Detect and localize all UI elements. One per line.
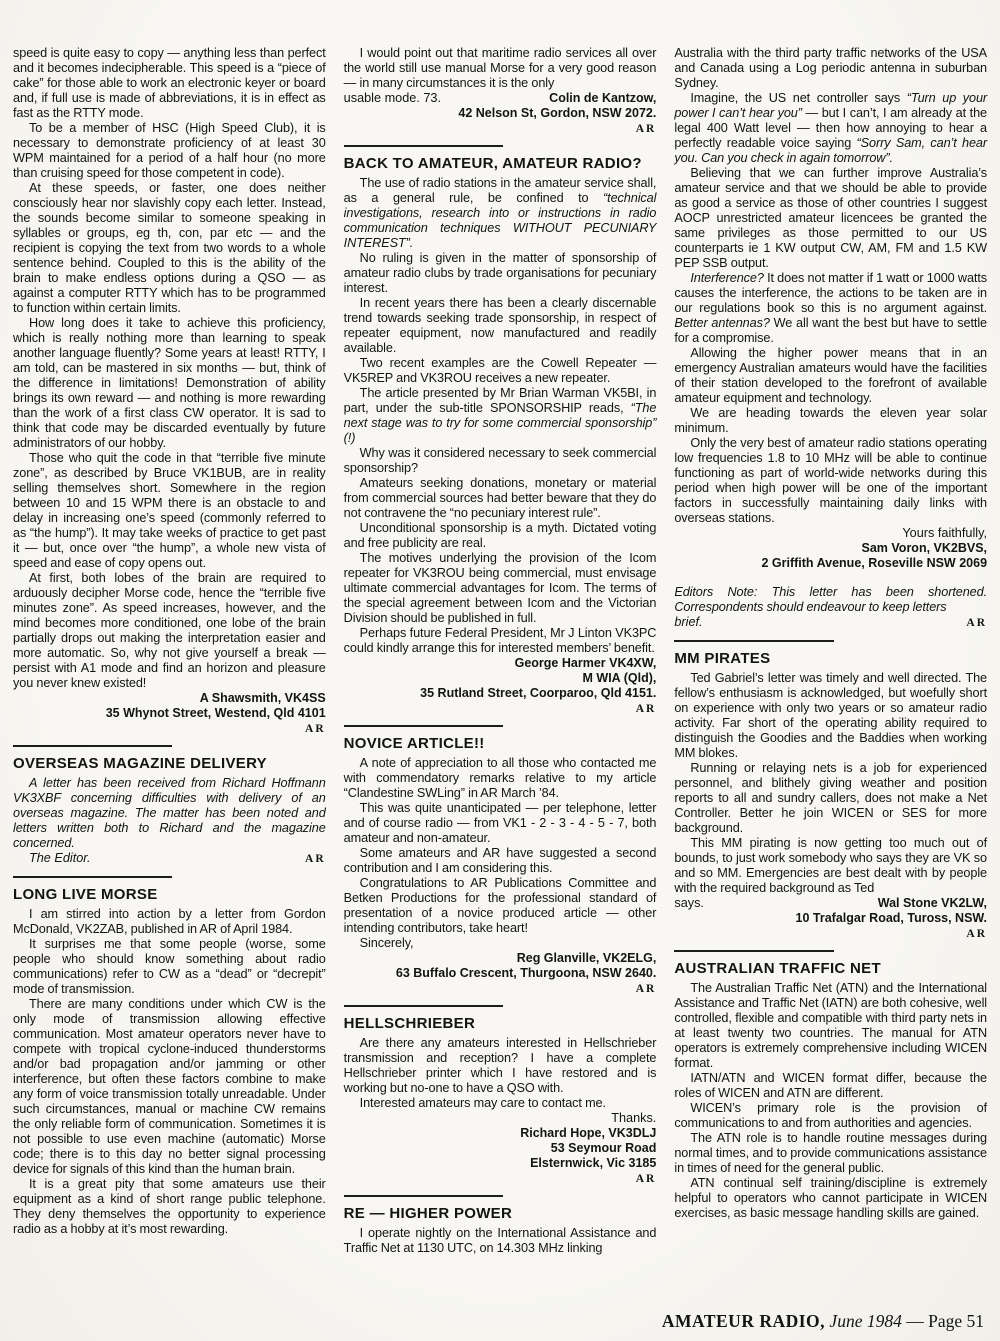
body-paragraph: It is a great pity that some amateurs us… <box>13 1177 326 1237</box>
signature-line: 10 Trafalgar Road, Tuross, NSW. <box>674 911 987 926</box>
split-line: brief.AR <box>674 615 987 631</box>
section-heading: RE — HIGHER POWER <box>344 1205 657 1223</box>
body-paragraph: ATN continual self training/discipline i… <box>674 1176 987 1221</box>
signature-line: Reg Glanville, VK2ELG, <box>344 951 657 966</box>
column-3: Australia with the third party traffic n… <box>674 46 987 1341</box>
ar-end-mark: AR <box>966 616 987 631</box>
body-paragraph: There are many conditions under which CW… <box>13 997 326 1177</box>
section-heading: AUSTRALIAN TRAFFIC NET <box>674 960 987 978</box>
section-divider <box>674 640 833 642</box>
split-left-text: brief. <box>674 615 702 630</box>
ar-end-mark: AR <box>344 702 657 716</box>
body-paragraph: Australia with the third party traffic n… <box>674 46 987 91</box>
body-paragraph: Congratulations to AR Publications Commi… <box>344 876 657 936</box>
section-divider <box>674 950 833 952</box>
text-run: Imagine, the US net controller says <box>690 91 906 105</box>
body-paragraph: Interested amateurs may care to contact … <box>344 1096 657 1111</box>
body-paragraph: I would point out that maritime radio se… <box>344 46 657 91</box>
split-line: says.Wal Stone VK2LW, <box>674 896 987 911</box>
footer-page-number: — Page 51 <box>906 1311 984 1331</box>
editorial-note-paragraph: A letter has been received from Richard … <box>13 776 326 851</box>
signature-block: Sam Voron, VK2BVS,2 Griffith Avenue, Ros… <box>674 541 987 571</box>
body-paragraph: The motives underlying the provision of … <box>344 551 657 626</box>
body-paragraph: Believing that we can further improve Au… <box>674 166 987 271</box>
ar-end-mark: AR <box>13 722 326 736</box>
body-paragraph: Perhaps future Federal President, Mr J L… <box>344 626 657 656</box>
magazine-page: speed is quite easy to copy — anything l… <box>0 0 1000 1341</box>
page-footer: AMATEUR RADIO, June 1984 — Page 51 <box>662 1311 984 1331</box>
body-paragraph: Allowing the higher power means that in … <box>674 346 987 406</box>
vertical-spacer <box>674 571 987 585</box>
body-paragraph: Running or relaying nets is a job for ex… <box>674 761 987 836</box>
signature-line: Wal Stone VK2LW, <box>878 896 987 911</box>
signature-line: 2 Griffith Avenue, Roseville NSW 2069 <box>674 556 987 571</box>
body-paragraph: Ted Gabriel’s letter was timely and well… <box>674 671 987 761</box>
body-paragraph: To be a member of HSC (High Speed Club),… <box>13 121 326 181</box>
signature-block: Richard Hope, VK3DLJ53 Seymour RoadElste… <box>344 1126 657 1171</box>
body-paragraph: We are heading towards the eleven year s… <box>674 406 987 436</box>
split-line: The Editor.AR <box>13 851 326 867</box>
column-2: I would point out that maritime radio se… <box>344 46 657 1341</box>
ar-end-mark: AR <box>305 852 326 867</box>
footer-issue: June 1984 <box>825 1311 906 1331</box>
editorial-note-paragraph: Editors Note: This letter has been short… <box>674 585 987 615</box>
signature-line: 35 Rutland Street, Coorparoo, Qld 4151. <box>344 686 657 701</box>
signature-line: A Shawsmith, VK4SS <box>13 691 326 706</box>
body-paragraph: In recent years there has been a clearly… <box>344 296 657 356</box>
split-line: usable mode. 73.Colin de Kantzow, <box>344 91 657 106</box>
body-paragraph: I am stirred into action by a letter fro… <box>13 907 326 937</box>
ar-end-mark: AR <box>344 982 657 996</box>
body-paragraph: The ATN role is to handle routine messag… <box>674 1131 987 1176</box>
section-divider <box>344 145 503 147</box>
section-divider <box>13 876 172 878</box>
ar-end-mark: AR <box>344 1172 657 1186</box>
body-paragraph: Some amateurs and AR have suggested a se… <box>344 846 657 876</box>
body-paragraph: This MM pirating is now getting too much… <box>674 836 987 896</box>
signature-line: 63 Buffalo Crescent, Thurgoona, NSW 2640… <box>344 966 657 981</box>
closing-line: Yours faithfully, <box>674 526 987 541</box>
section-heading: BACK TO AMATEUR, AMATEUR RADIO? <box>344 155 657 173</box>
body-paragraph: Interference? It does not matter if 1 wa… <box>674 271 987 346</box>
signature-block: A Shawsmith, VK4SS35 Whynot Street, West… <box>13 691 326 721</box>
signature-line: Richard Hope, VK3DLJ <box>344 1126 657 1141</box>
closing-line: Thanks. <box>344 1111 657 1126</box>
signature-line: 42 Nelson St, Gordon, NSW 2072. <box>344 106 657 121</box>
body-paragraph: Unconditional sponsorship is a myth. Dic… <box>344 521 657 551</box>
body-paragraph: Only the very best of amateur radio stat… <box>674 436 987 526</box>
ar-end-mark: AR <box>674 927 987 941</box>
footer-magazine-title: AMATEUR RADIO, <box>662 1311 825 1331</box>
section-heading: OVERSEAS MAGAZINE DELIVERY <box>13 755 326 773</box>
section-heading: MM PIRATES <box>674 650 987 668</box>
signature-line: 35 Whynot Street, Westend, Qld 4101 <box>13 706 326 721</box>
section-divider <box>344 725 503 727</box>
italic-text-run: Better antennas? <box>674 316 769 330</box>
signature-block: Reg Glanville, VK2ELG,63 Buffalo Crescen… <box>344 951 657 981</box>
body-paragraph: speed is quite easy to copy — anything l… <box>13 46 326 121</box>
body-paragraph: Sincerely, <box>344 936 657 951</box>
body-paragraph: Are there any amateurs interested in Hel… <box>344 1036 657 1096</box>
italic-text-run: Interference? <box>690 271 763 285</box>
body-paragraph: How long does it take to achieve this pr… <box>13 316 326 451</box>
section-divider <box>13 745 172 747</box>
signature-line: 53 Seymour Road <box>344 1141 657 1156</box>
body-paragraph: It surprises me that some people (worse,… <box>13 937 326 997</box>
body-paragraph: At these speeds, or faster, one does nei… <box>13 181 326 316</box>
ar-end-mark: AR <box>344 122 657 136</box>
body-paragraph: IATN/ATN and WICEN format differ, becaus… <box>674 1071 987 1101</box>
signature-block: 42 Nelson St, Gordon, NSW 2072. <box>344 106 657 121</box>
signature-line: Colin de Kantzow, <box>549 91 656 106</box>
split-left-text: says. <box>674 896 704 911</box>
body-paragraph: Why was it considered necessary to seek … <box>344 446 657 476</box>
section-heading: HELLSCHRIEBER <box>344 1015 657 1033</box>
signature-line: Elsternwick, Vic 3185 <box>344 1156 657 1171</box>
body-paragraph: Imagine, the US net controller says “Tur… <box>674 91 987 166</box>
section-divider <box>344 1195 503 1197</box>
body-paragraph: The Australian Traffic Net (ATN) and the… <box>674 981 987 1071</box>
body-paragraph: Those who quit the code in that “terribl… <box>13 451 326 571</box>
section-divider <box>344 1005 503 1007</box>
signature-line: George Harmer VK4XW, <box>344 656 657 671</box>
section-heading: NOVICE ARTICLE!! <box>344 735 657 753</box>
body-paragraph: This was quite unanticipated — per telep… <box>344 801 657 846</box>
section-heading: LONG LIVE MORSE <box>13 886 326 904</box>
split-left-text: The Editor. <box>29 851 91 866</box>
body-paragraph: WICEN’s primary role is the provision of… <box>674 1101 987 1131</box>
body-paragraph: A note of appreciation to all those who … <box>344 756 657 801</box>
body-paragraph: Amateurs seeking donations, monetary or … <box>344 476 657 521</box>
body-paragraph: The use of radio stations in the amateur… <box>344 176 657 251</box>
body-paragraph: No ruling is given in the matter of spon… <box>344 251 657 296</box>
column-1: speed is quite easy to copy — anything l… <box>13 46 326 1341</box>
body-paragraph: At first, both lobes of the brain are re… <box>13 571 326 691</box>
signature-block: 10 Trafalgar Road, Tuross, NSW. <box>674 911 987 926</box>
signature-line: M WIA (Qld), <box>344 671 657 686</box>
body-paragraph: I operate nightly on the International A… <box>344 1226 657 1256</box>
signature-line: Sam Voron, VK2BVS, <box>674 541 987 556</box>
body-paragraph: The article presented by Mr Brian Warman… <box>344 386 657 446</box>
text-run: The article presented by Mr Brian Warman… <box>344 386 657 415</box>
split-left-text: usable mode. 73. <box>344 91 441 106</box>
body-paragraph: Two recent examples are the Cowell Repea… <box>344 356 657 386</box>
signature-block: George Harmer VK4XW,M WIA (Qld),35 Rutla… <box>344 656 657 701</box>
